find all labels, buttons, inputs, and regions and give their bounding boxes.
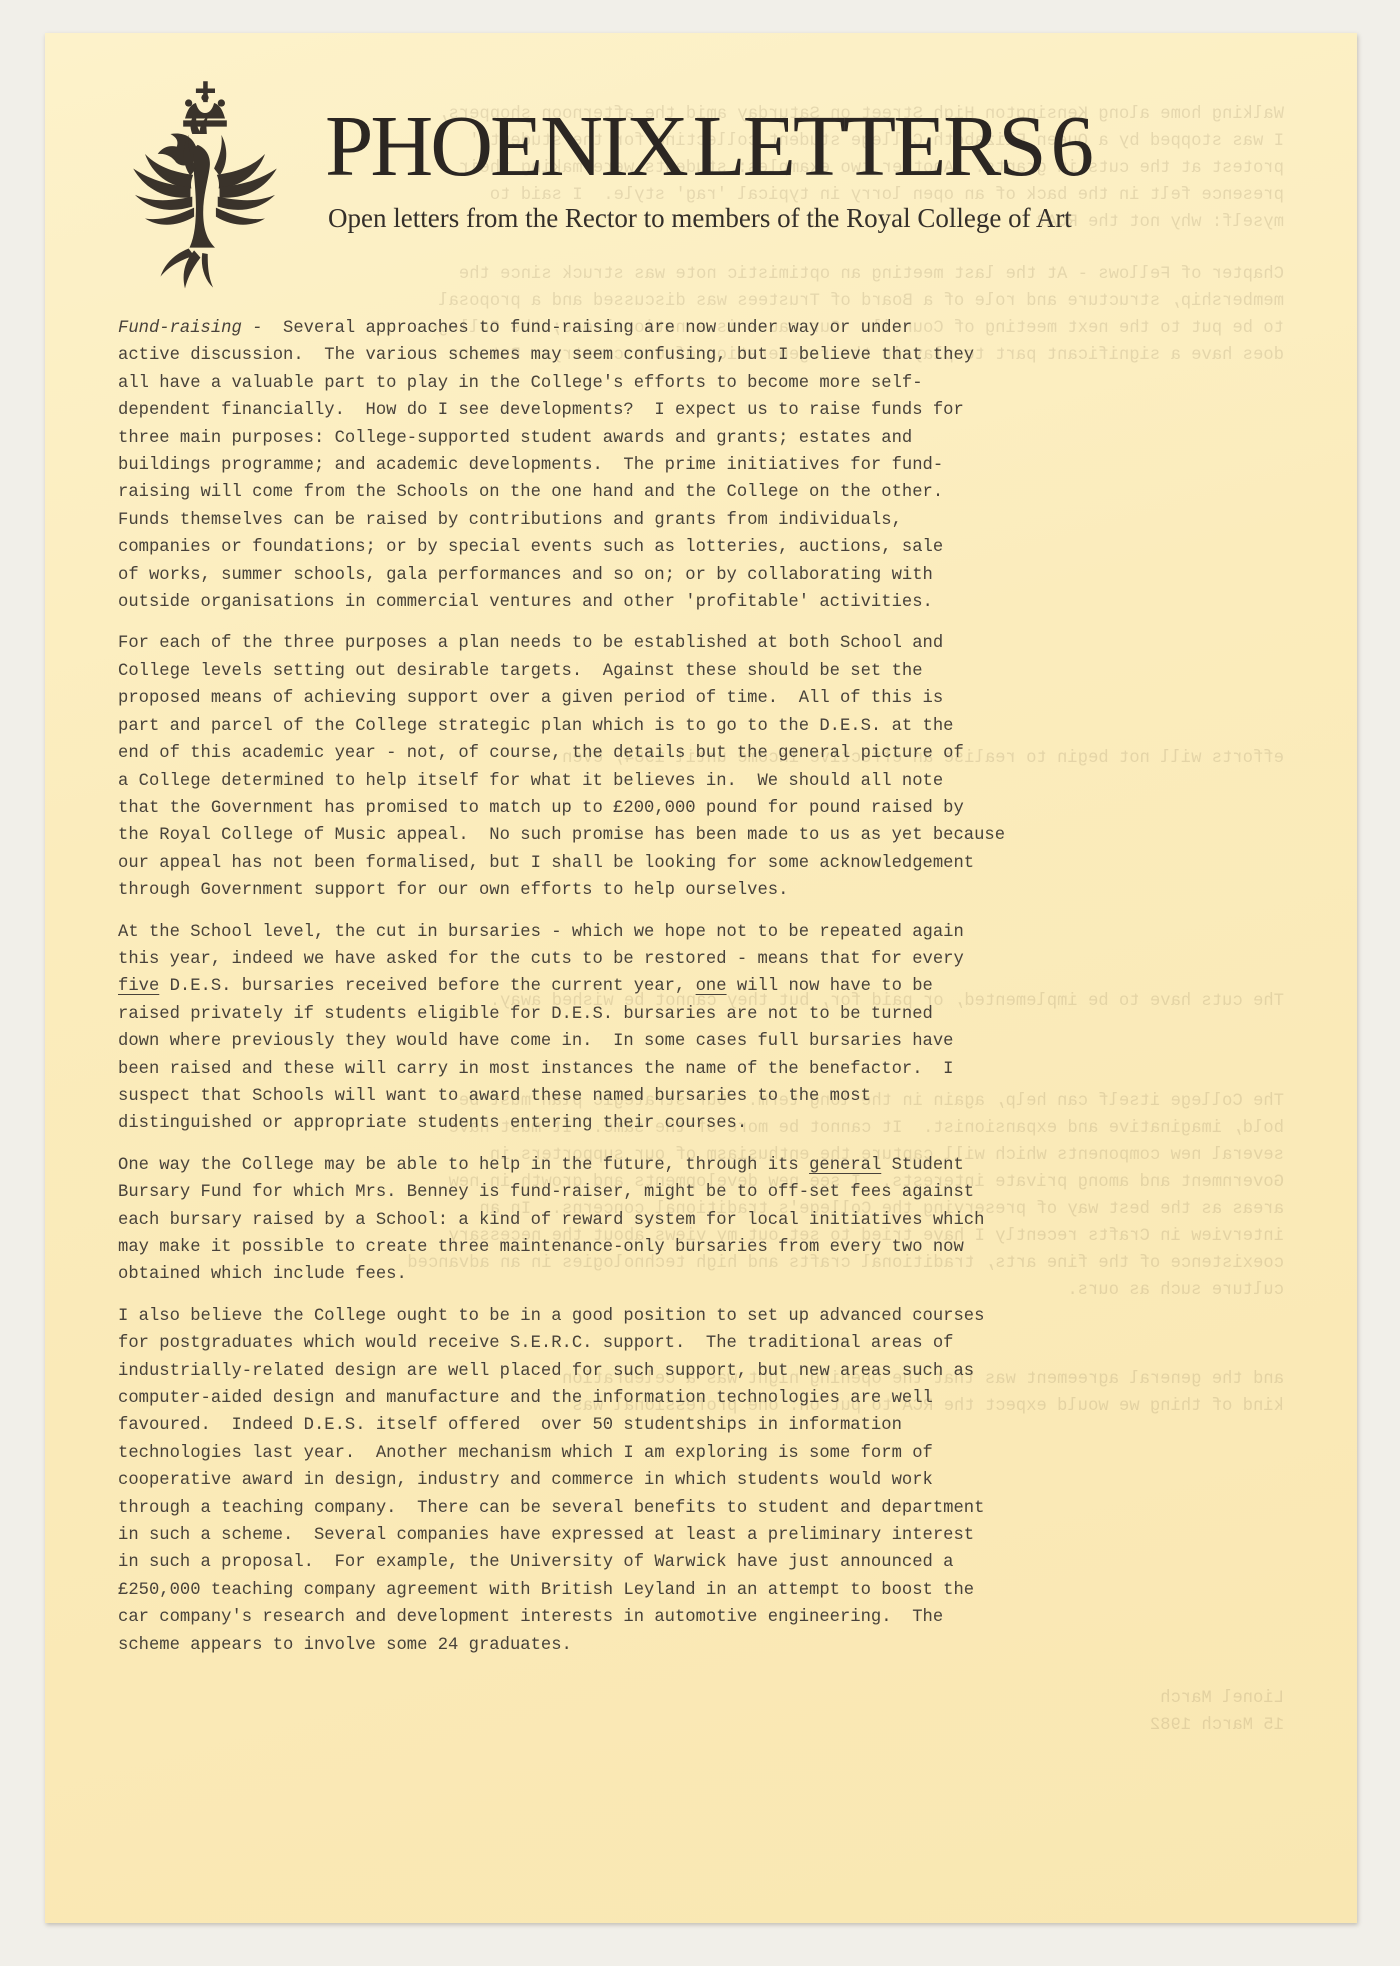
phoenix-crest-logo: [105, 71, 305, 306]
letter-paper: Walking home along Kensington High Stree…: [45, 33, 1357, 1923]
letter-body: Fund-raising - Several approaches to fun…: [118, 315, 1038, 1673]
letterhead-subtitle: Open letters from the Rector to members …: [328, 203, 1072, 234]
underlined-word: one: [696, 977, 727, 996]
paragraph-text: Student Bursary Fund for which Mrs. Benn…: [118, 1156, 984, 1285]
paragraph: I also believe the College ought to be i…: [118, 1303, 1038, 1659]
paragraph: One way the College may be able to help …: [118, 1152, 1038, 1289]
paragraph-text: D.E.S. bursaries received before the cur…: [159, 977, 695, 996]
underlined-word: general: [809, 1156, 881, 1175]
paragraph-text: Several approaches to fund-raising are n…: [118, 319, 974, 612]
paragraph: At the School level, the cut in bursarie…: [118, 919, 1038, 1138]
phoenix-icon: [105, 71, 305, 306]
ghost-line: Lionel March: [45, 1685, 1357, 1712]
paragraph-text: One way the College may be able to help …: [118, 1156, 809, 1175]
paragraph: For each of the three purposes a plan ne…: [118, 630, 1038, 904]
scanned-letter-page: Walking home along Kensington High Stree…: [0, 0, 1400, 1966]
paragraph-text: At the School level, the cut in bursarie…: [118, 923, 964, 969]
ghost-line: 15 March 1982: [45, 1712, 1357, 1739]
paragraph-text: will now have to be raised privately if …: [118, 977, 953, 1133]
paragraph: Fund-raising - Several approaches to fun…: [118, 315, 1038, 616]
page-title: PHOENIX LETTERS 6: [325, 95, 1091, 196]
paragraph-lead: Fund-raising -: [118, 319, 262, 338]
underlined-word: five: [118, 977, 159, 996]
paragraph-text: I also believe the College ought to be i…: [118, 1307, 984, 1655]
paragraph-text: For each of the three purposes a plan ne…: [118, 634, 1005, 900]
